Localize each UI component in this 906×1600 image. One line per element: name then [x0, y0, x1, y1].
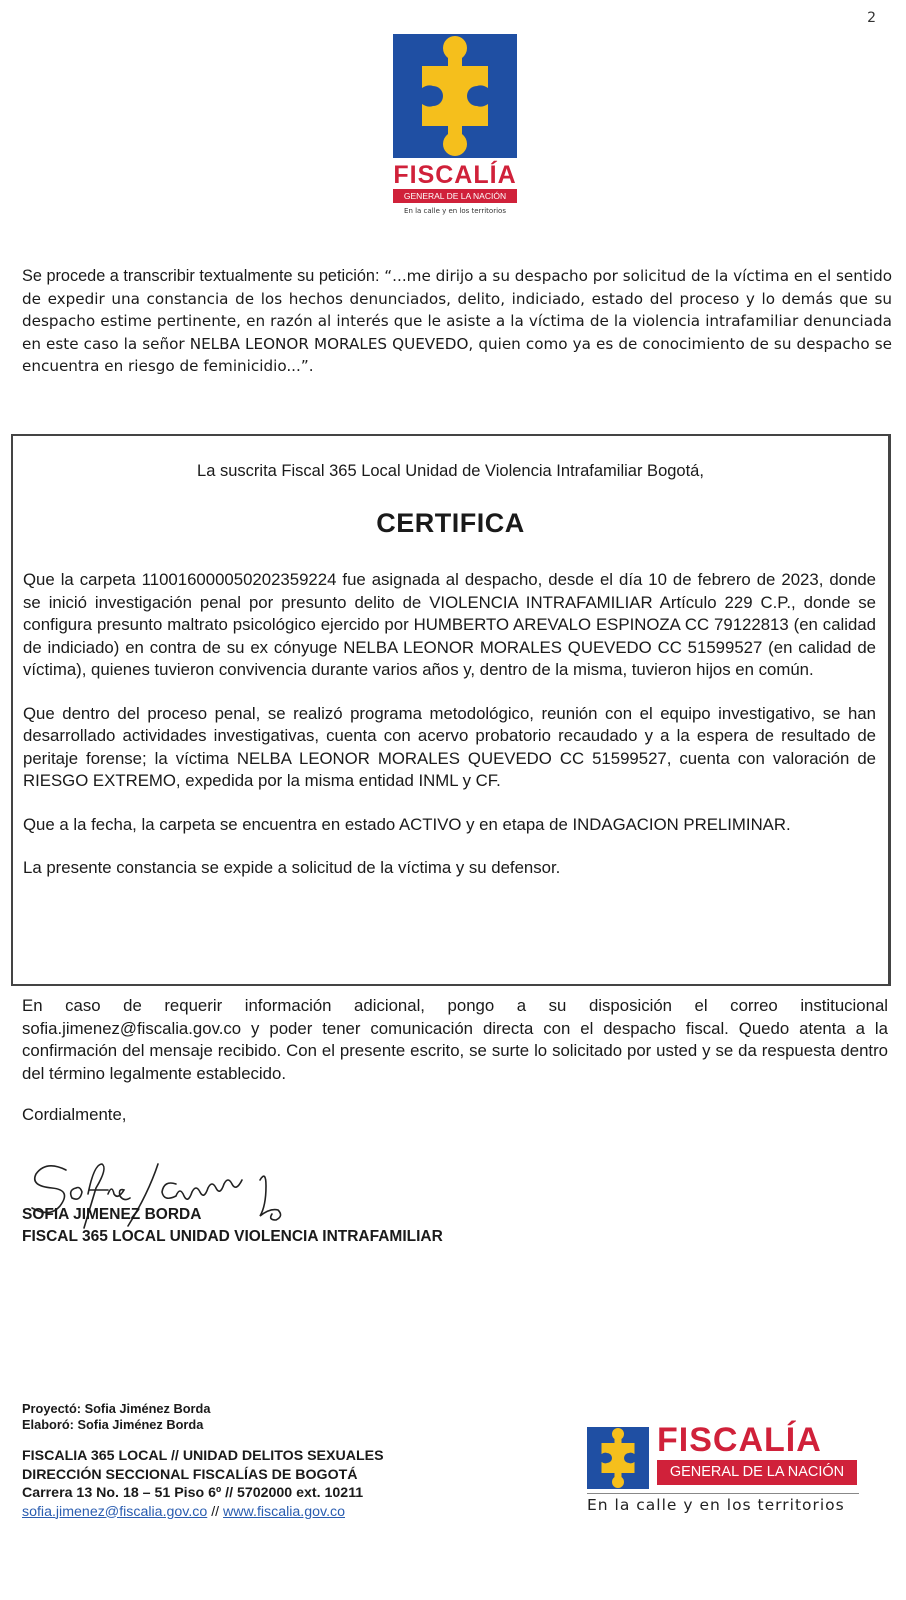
footer-slogan: En la calle y en los territorios	[587, 1496, 859, 1514]
certificate-box: La suscrita Fiscal 365 Local Unidad de V…	[11, 434, 891, 986]
puzzle-piece-icon	[393, 34, 517, 158]
footer-brand: FISCALÍA	[657, 1421, 822, 1460]
projected-by: Proyectó: Sofia Jiménez Borda	[22, 1401, 384, 1417]
puzzle-piece-icon	[587, 1427, 649, 1489]
signer-title: FISCAL 365 LOCAL UNIDAD VIOLENCIA INTRAF…	[22, 1228, 443, 1246]
footer-contact: Proyectó: Sofia Jiménez Borda Elaboró: S…	[22, 1401, 384, 1521]
office-line: FISCALIA 365 LOCAL // UNIDAD DELITOS SEX…	[22, 1447, 384, 1466]
header-logo: FISCALÍA GENERAL DE LA NACIÓN En la call…	[393, 34, 517, 215]
regards: Cordialmente,	[22, 1105, 126, 1125]
link-separator: //	[207, 1504, 223, 1520]
header-slogan: En la calle y en los territorios	[393, 207, 517, 215]
certificate-paragraph: Que la carpeta 110016000050202359224 fue…	[23, 569, 876, 682]
prepared-by: Elaboró: Sofia Jiménez Borda	[22, 1417, 384, 1433]
address-line: Carrera 13 No. 18 – 51 Piso 6º // 570200…	[22, 1484, 384, 1503]
signer-name: SOFIA JIMENEZ BORDA	[22, 1206, 201, 1224]
website-link[interactable]: www.fiscalia.gov.co	[223, 1504, 345, 1520]
divider	[587, 1493, 859, 1494]
header-brand: FISCALÍA	[393, 162, 517, 188]
closing-text: En caso de requerir información adiciona…	[22, 995, 888, 1085]
footer-subtitle: GENERAL DE LA NACIÓN	[657, 1460, 857, 1485]
certificate-intro: La suscrita Fiscal 365 Local Unidad de V…	[13, 462, 888, 481]
certificate-paragraph: Que a la fecha, la carpeta se encuentra …	[23, 814, 876, 837]
header-subtitle: GENERAL DE LA NACIÓN	[393, 189, 517, 203]
intro-paragraph: Se procede a transcribir textualmente su…	[22, 265, 892, 378]
certificate-paragraph: Que dentro del proceso penal, se realizó…	[23, 703, 876, 793]
intro-lead: Se procede a transcribir textualmente su…	[22, 267, 379, 285]
certificate-body: Que la carpeta 110016000050202359224 fue…	[23, 569, 876, 901]
certificate-paragraph: La presente constancia se expide a solic…	[23, 857, 876, 880]
closing-paragraph: En caso de requerir información adiciona…	[22, 995, 888, 1085]
page-number: 2	[867, 10, 876, 26]
certificate-title: CERTIFICA	[13, 508, 888, 539]
email-link[interactable]: sofia.jimenez@fiscalia.gov.co	[22, 1504, 207, 1520]
direction-line: DIRECCIÓN SECCIONAL FISCALÍAS DE BOGOTÁ	[22, 1466, 384, 1485]
